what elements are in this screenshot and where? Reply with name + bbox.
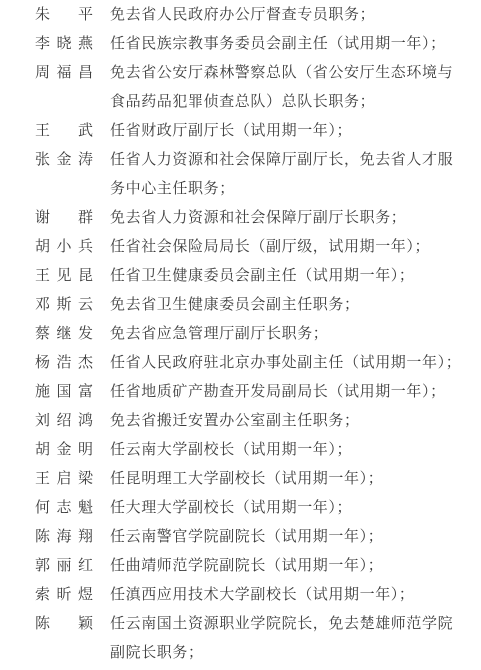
name-character: 志 (56, 494, 71, 523)
appointment-text: 免去省卫生健康委员会副主任职务； (110, 291, 466, 320)
name-character: 红 (78, 552, 93, 581)
entry-row: 何志魁任大理大学副校长（试用期一年）； (35, 494, 481, 523)
official-name: 朱平 (35, 1, 93, 30)
appointment-line: 免去省应急管理厅副厅长职务； (110, 320, 466, 349)
name-character: 何 (35, 494, 50, 523)
official-name: 施国富 (35, 378, 93, 407)
official-name: 周福昌 (35, 59, 93, 88)
name-character: 群 (78, 204, 93, 233)
name-character: 小 (56, 233, 71, 262)
name-character: 陈 (35, 610, 50, 639)
appointment-line: 任省民族宗教事务委员会副主任（试用期一年）； (110, 30, 466, 59)
entry-row: 王武任省财政厅副厅长（试用期一年）； (35, 117, 481, 146)
appointment-line: 食品药品犯罪侦查总队）总队长职务； (110, 88, 466, 117)
appointment-text: 免去省人民政府办公厅督查专员职务； (110, 1, 466, 30)
entry-row: 邓斯云免去省卫生健康委员会副主任职务； (35, 291, 481, 320)
appointment-line: 免去省卫生健康委员会副主任职务； (110, 291, 466, 320)
appointment-line: 任曲靖师范学院副院长（试用期一年）； (110, 552, 466, 581)
entry-row: 王见昆任省卫生健康委员会副主任（试用期一年）； (35, 262, 481, 291)
name-character: 国 (56, 378, 71, 407)
appointment-line: 任昆明理工大学副校长（试用期一年）； (110, 465, 466, 494)
appointment-line: 免去省人力资源和社会保障厅副厅长职务； (110, 204, 466, 233)
name-character: 郭 (35, 552, 50, 581)
name-character: 施 (35, 378, 50, 407)
name-character: 索 (35, 581, 50, 610)
official-name: 陈颖 (35, 610, 93, 639)
name-character: 明 (78, 436, 93, 465)
name-character: 杰 (78, 349, 93, 378)
name-character: 蔡 (35, 320, 50, 349)
official-name: 杨浩杰 (35, 349, 93, 378)
appointment-line: 任省人力资源和社会保障厅副厅长，免去省人才服 (110, 146, 466, 175)
appointment-line: 任滇西应用技术大学副校长（试用期一年）； (110, 581, 466, 610)
name-character: 继 (56, 320, 71, 349)
entry-row: 朱平免去省人民政府办公厅督查专员职务； (35, 1, 481, 30)
entry-row: 胡小兵任省社会保险局局长（副厅级，试用期一年）； (35, 233, 481, 262)
name-character: 丽 (56, 552, 71, 581)
official-name: 郭丽红 (35, 552, 93, 581)
appointment-notice-page: 朱平免去省人民政府办公厅督查专员职务；李晓燕任省民族宗教事务委员会副主任（试用期… (0, 0, 481, 670)
appointment-text: 任滇西应用技术大学副校长（试用期一年）； (110, 581, 466, 610)
official-name: 谢群 (35, 204, 93, 233)
appointment-text: 任曲靖师范学院副院长（试用期一年）； (110, 552, 466, 581)
entry-row: 刘绍鸿免去省搬迁安置办公室副主任职务； (35, 407, 481, 436)
entry-row: 索昕煜任滇西应用技术大学副校长（试用期一年）； (35, 581, 481, 610)
appointment-text: 任云南警官学院副院长（试用期一年）； (110, 523, 466, 552)
entry-row: 陈颖任云南国土资源职业学院院长，免去楚雄师范学院副院长职务； (35, 610, 481, 668)
name-character: 刘 (35, 407, 50, 436)
appointment-line: 任省地质矿产勘查开发局副局长（试用期一年）； (110, 378, 466, 407)
name-character: 陈 (35, 523, 50, 552)
appointment-line: 免去省人民政府办公厅督查专员职务； (110, 1, 466, 30)
name-character: 云 (78, 291, 93, 320)
name-character: 谢 (35, 204, 50, 233)
name-character: 朱 (35, 1, 50, 30)
appointment-line: 任云南大学副校长（试用期一年）； (110, 436, 466, 465)
official-name: 索昕煜 (35, 581, 93, 610)
name-character: 见 (56, 262, 71, 291)
name-character: 李 (35, 30, 50, 59)
appointment-line: 任云南国土资源职业学院院长，免去楚雄师范学院 (110, 610, 466, 639)
name-character: 杨 (35, 349, 50, 378)
appointment-text: 任昆明理工大学副校长（试用期一年）； (110, 465, 466, 494)
official-name: 王见昆 (35, 262, 93, 291)
entry-row: 谢群免去省人力资源和社会保障厅副厅长职务； (35, 204, 481, 233)
name-character: 富 (78, 378, 93, 407)
appointment-text: 任云南国土资源职业学院院长，免去楚雄师范学院副院长职务； (110, 610, 466, 668)
name-character: 启 (56, 465, 71, 494)
name-character: 涛 (78, 146, 93, 175)
official-name: 陈海翔 (35, 523, 93, 552)
name-character: 金 (56, 436, 71, 465)
entry-row: 李晓燕任省民族宗教事务委员会副主任（试用期一年）； (35, 30, 481, 59)
official-name: 王武 (35, 117, 93, 146)
name-character: 昕 (56, 581, 71, 610)
appointment-text: 任大理大学副校长（试用期一年）； (110, 494, 466, 523)
appointment-text: 任云南大学副校长（试用期一年）； (110, 436, 466, 465)
name-character: 煜 (78, 581, 93, 610)
entry-row: 杨浩杰任省人民政府驻北京办事处副主任（试用期一年）； (35, 349, 481, 378)
name-character: 颖 (78, 610, 93, 639)
entry-row: 施国富任省地质矿产勘查开发局副局长（试用期一年）； (35, 378, 481, 407)
appointment-text: 任省人力资源和社会保障厅副厅长，免去省人才服务中心主任职务； (110, 146, 466, 204)
appointment-text: 任省卫生健康委员会副主任（试用期一年）； (110, 262, 466, 291)
name-character: 斯 (56, 291, 71, 320)
appointment-line: 任云南警官学院副院长（试用期一年）； (110, 523, 466, 552)
appointment-text: 任省社会保险局局长（副厅级，试用期一年）； (110, 233, 466, 262)
name-character: 胡 (35, 436, 50, 465)
name-character: 鸿 (78, 407, 93, 436)
appointment-text: 免去省人力资源和社会保障厅副厅长职务； (110, 204, 466, 233)
appointment-text: 免去省公安厅森林警察总队（省公安厅生态环境与食品药品犯罪侦查总队）总队长职务； (110, 59, 466, 117)
appointment-line: 务中心主任职务； (110, 175, 466, 204)
official-name: 何志魁 (35, 494, 93, 523)
official-name: 蔡继发 (35, 320, 93, 349)
name-character: 王 (35, 262, 50, 291)
name-character: 梁 (78, 465, 93, 494)
name-character: 昌 (78, 59, 93, 88)
official-name: 王启梁 (35, 465, 93, 494)
name-character: 魁 (78, 494, 93, 523)
appointment-text: 任省人民政府驻北京办事处副主任（试用期一年）； (110, 349, 466, 378)
entry-row: 王启梁任昆明理工大学副校长（试用期一年）； (35, 465, 481, 494)
official-name: 邓斯云 (35, 291, 93, 320)
name-character: 武 (78, 117, 93, 146)
name-character: 邓 (35, 291, 50, 320)
appointment-line: 任省财政厅副厅长（试用期一年）； (110, 117, 466, 146)
name-character: 海 (56, 523, 71, 552)
official-name: 张金涛 (35, 146, 93, 175)
appointment-line: 任省人民政府驻北京办事处副主任（试用期一年）； (110, 349, 466, 378)
name-character: 福 (56, 59, 71, 88)
appointment-text: 任省地质矿产勘查开发局副局长（试用期一年）； (110, 378, 466, 407)
appointment-text: 免去省搬迁安置办公室副主任职务； (110, 407, 466, 436)
official-name: 刘绍鸿 (35, 407, 93, 436)
name-character: 兵 (78, 233, 93, 262)
name-character: 绍 (56, 407, 71, 436)
name-character: 燕 (78, 30, 93, 59)
name-character: 王 (35, 465, 50, 494)
name-character: 浩 (56, 349, 71, 378)
official-name: 胡小兵 (35, 233, 93, 262)
name-character: 王 (35, 117, 50, 146)
name-character: 金 (56, 146, 71, 175)
name-character: 翔 (78, 523, 93, 552)
entry-row: 周福昌免去省公安厅森林警察总队（省公安厅生态环境与食品药品犯罪侦查总队）总队长职… (35, 59, 481, 117)
entry-row: 胡金明任云南大学副校长（试用期一年）； (35, 436, 481, 465)
entry-row: 郭丽红任曲靖师范学院副院长（试用期一年）； (35, 552, 481, 581)
appointment-line: 任大理大学副校长（试用期一年）； (110, 494, 466, 523)
appointment-line: 副院长职务； (110, 639, 466, 668)
name-character: 周 (35, 59, 50, 88)
appointment-text: 任省民族宗教事务委员会副主任（试用期一年）； (110, 30, 466, 59)
official-name: 李晓燕 (35, 30, 93, 59)
entry-row: 蔡继发免去省应急管理厅副厅长职务； (35, 320, 481, 349)
name-character: 胡 (35, 233, 50, 262)
name-character: 晓 (56, 30, 71, 59)
appointment-line: 任省社会保险局局长（副厅级，试用期一年）； (110, 233, 466, 262)
name-character: 平 (78, 1, 93, 30)
name-character: 昆 (78, 262, 93, 291)
name-character: 发 (78, 320, 93, 349)
appointment-line: 免去省公安厅森林警察总队（省公安厅生态环境与 (110, 59, 466, 88)
appointment-line: 任省卫生健康委员会副主任（试用期一年）； (110, 262, 466, 291)
appointment-text: 任省财政厅副厅长（试用期一年）； (110, 117, 466, 146)
name-character: 张 (35, 146, 50, 175)
appointment-line: 免去省搬迁安置办公室副主任职务； (110, 407, 466, 436)
appointment-text: 免去省应急管理厅副厅长职务； (110, 320, 466, 349)
official-name: 胡金明 (35, 436, 93, 465)
entry-row: 张金涛任省人力资源和社会保障厅副厅长，免去省人才服务中心主任职务； (35, 146, 481, 204)
entry-list: 朱平免去省人民政府办公厅督查专员职务；李晓燕任省民族宗教事务委员会副主任（试用期… (35, 1, 481, 668)
entry-row: 陈海翔任云南警官学院副院长（试用期一年）； (35, 523, 481, 552)
